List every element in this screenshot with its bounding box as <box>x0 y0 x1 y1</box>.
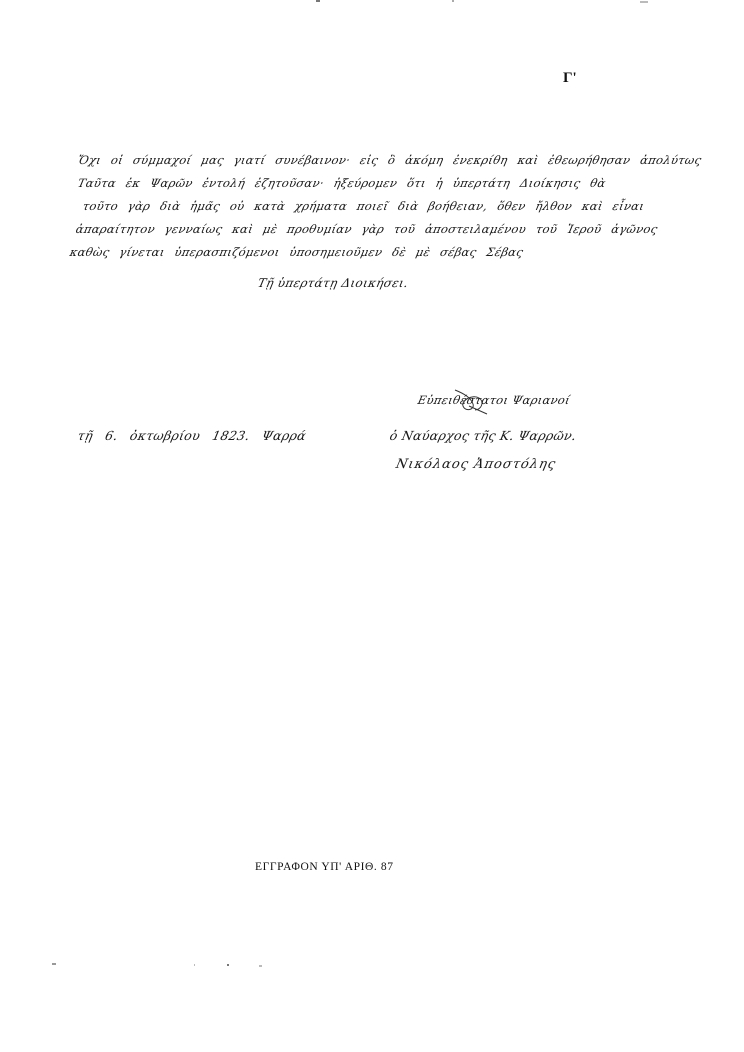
letter-closing-addressee: Τῇ ὑπερτάτῃ Διοικήσει. <box>257 276 410 290</box>
signature-line-1: Εὐπειθέστατοι Ψαριανοί <box>417 393 572 407</box>
letter-body-line-1: Ὄχι οἱ σύμμαχοί μας γιατί συνέβαινον· εἰ… <box>77 153 703 167</box>
letter-date-place: τῇ 6. ὀκτωβρίου 1823. Ψαρρά <box>76 428 307 443</box>
document-page: Γ' Ὄχι οἱ σύμμαχοί μας γιατί συνέβαινον·… <box>0 0 744 1052</box>
letter-body-line-5: καθὼς γίνεται ὑπερασπιζόμενοι ὑποσημειοῦ… <box>69 245 525 259</box>
document-caption: ΕΓΓΡΑΦΟΝ ΥΠ' ΑΡΙΘ. 87 <box>255 861 394 873</box>
page-number-letter: Γ' <box>563 70 577 87</box>
scan-speck <box>316 0 320 2</box>
scan-speck <box>194 964 195 966</box>
scan-speck <box>640 1 648 3</box>
scan-speck <box>259 965 262 967</box>
signature-name: Νικόλαος Ἀποστόλης <box>394 457 557 472</box>
scan-speck <box>452 0 454 2</box>
scan-speck <box>52 963 56 965</box>
letter-body-line-2: Ταῦτα ἐκ Ψαρῶν ἐντολή ἐζητοῦσαν· ἠξεύρομ… <box>77 176 608 190</box>
scan-speck <box>227 964 229 966</box>
letter-body-line-3: τοῦτο γὰρ διὰ ἡμᾶς οὐ κατὰ χρήματα ποιεῖ… <box>82 199 646 213</box>
signature-line-2: ὁ Ναύαρχος τῆς Κ. Ψαρρῶν. <box>388 428 578 443</box>
letter-body-line-4: ἀπαραίτητον γενναίως καὶ μὲ προθυμίαν γὰ… <box>75 222 660 236</box>
